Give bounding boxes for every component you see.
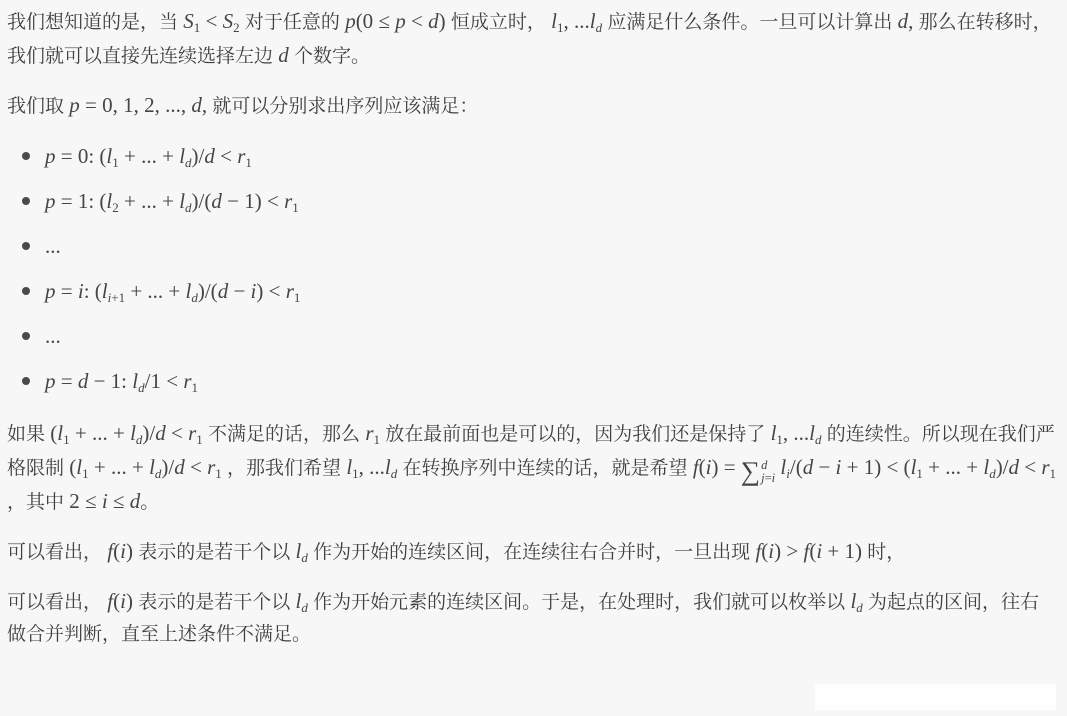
summation-symbol: ∑dj=i <box>741 458 775 485</box>
text-run: 放在最前面也是可以的，因为我们还是保持了 <box>380 424 771 445</box>
math-run: f(i) <box>107 589 133 613</box>
math-run: p = 1: (l2 + ... + ld)/(d − 1) < r1 <box>45 189 299 213</box>
math-run: p = 0: (l1 + ... + ld)/d < r1 <box>45 144 252 168</box>
math-run: p = 0, 1, 2, ..., d, <box>69 93 207 117</box>
text-run: 可以看出， <box>7 542 107 563</box>
text-run: 对于任意的 <box>240 12 346 33</box>
page-content: 我们想知道的是，当 S1 < S2 对于任意的 p(0 ≤ p < d) 恒成立… <box>0 0 1067 651</box>
text-run: 如果 <box>7 424 50 445</box>
text-run: 个数字。 <box>289 46 370 67</box>
math-run: ld <box>296 589 308 613</box>
list-item: p = i: (li+1 + ... + ld)/(d − i) < r1 <box>45 275 1057 309</box>
text-run: 表示的是若干个以 <box>133 592 296 613</box>
list-item: ... <box>45 230 1057 264</box>
math-run: 2 ≤ i ≤ d <box>69 489 140 513</box>
list-item: ... <box>45 320 1057 354</box>
math-run: ld <box>296 539 308 563</box>
text-run: 作为开始的连续区间，在连续往右合并时，一旦出现 <box>308 542 756 563</box>
text-run: 可以看出， <box>7 592 107 613</box>
math-run: l1, ...ld <box>771 421 822 445</box>
text-run: 我们取 <box>7 96 69 117</box>
math-run: p = i: (li+1 + ... + ld)/(d − i) < r1 <box>45 279 300 303</box>
math-run: (l1 + ... + ld)/d < r1 <box>69 455 221 479</box>
math-run: p(0 ≤ p < d) <box>345 9 445 33</box>
text-run: 时， <box>862 542 905 563</box>
math-run: ... <box>45 324 61 348</box>
text-run: 不满足的话，那么 <box>203 424 366 445</box>
math-run: f(i) = ∑dj=i li/(d − i + 1) < (l1 + ... … <box>693 455 1056 479</box>
text-run: 我们想知道的是，当 <box>7 12 183 33</box>
constraint-paragraph: 如果 (l1 + ... + ld)/d < r1 不满足的话，那么 r1 放在… <box>7 417 1057 519</box>
intro-paragraph: 我们想知道的是，当 S1 < S2 对于任意的 p(0 ≤ p < d) 恒成立… <box>7 5 1057 73</box>
text-run: ，其中 <box>7 492 69 513</box>
watermark-patch <box>815 684 1056 710</box>
math-run: ... <box>45 234 61 258</box>
text-run: 表示的是若干个以 <box>133 542 296 563</box>
text-run: 作为开始元素的连续区间。于是，在处理时，我们就可以枚举以 <box>308 592 851 613</box>
math-run: l1, ...ld <box>346 455 397 479</box>
math-run: d, <box>898 9 914 33</box>
math-run: (l1 + ... + ld)/d < r1 <box>50 421 202 445</box>
document-page: { "page": { "background_color": "#f7f7f7… <box>0 0 1067 716</box>
list-item: p = 1: (l2 + ... + ld)/(d − 1) < r1 <box>45 185 1057 219</box>
math-run: S1 < S2 <box>183 9 239 33</box>
list-item: p = d − 1: ld/1 < r1 <box>45 365 1057 399</box>
observation-paragraph-1: 可以看出， f(i) 表示的是若干个以 ld 作为开始的连续区间，在连续往右合并… <box>7 535 1057 569</box>
observation-paragraph-2: 可以看出， f(i) 表示的是若干个以 ld 作为开始元素的连续区间。于是，在处… <box>7 585 1057 651</box>
text-run: 就可以分别求出序列应该满足： <box>207 96 478 117</box>
text-run: 。 <box>140 492 159 513</box>
text-run: 恒成立时， <box>446 12 552 33</box>
list-item: p = 0: (l1 + ... + ld)/d < r1 <box>45 140 1057 174</box>
math-run: f(i) > f(i + 1) <box>755 539 862 563</box>
math-run: l1, ...ld <box>551 9 602 33</box>
math-run: ld <box>850 589 862 613</box>
condition-list: p = 0: (l1 + ... + ld)/d < r1p = 1: (l2 … <box>7 140 1057 399</box>
setup-paragraph: 我们取 p = 0, 1, 2, ..., d, 就可以分别求出序列应该满足： <box>7 89 1057 123</box>
math-run: r1 <box>365 421 380 445</box>
math-run: d <box>278 43 289 67</box>
text-run: 在转换序列中连续的话，就是希望 <box>397 458 693 479</box>
math-run: p = d − 1: ld/1 < r1 <box>45 369 198 393</box>
text-run: 应满足什么条件。一旦可以计算出 <box>602 12 898 33</box>
math-run: f(i) <box>107 539 133 563</box>
text-run: ，那我们希望 <box>222 458 347 479</box>
